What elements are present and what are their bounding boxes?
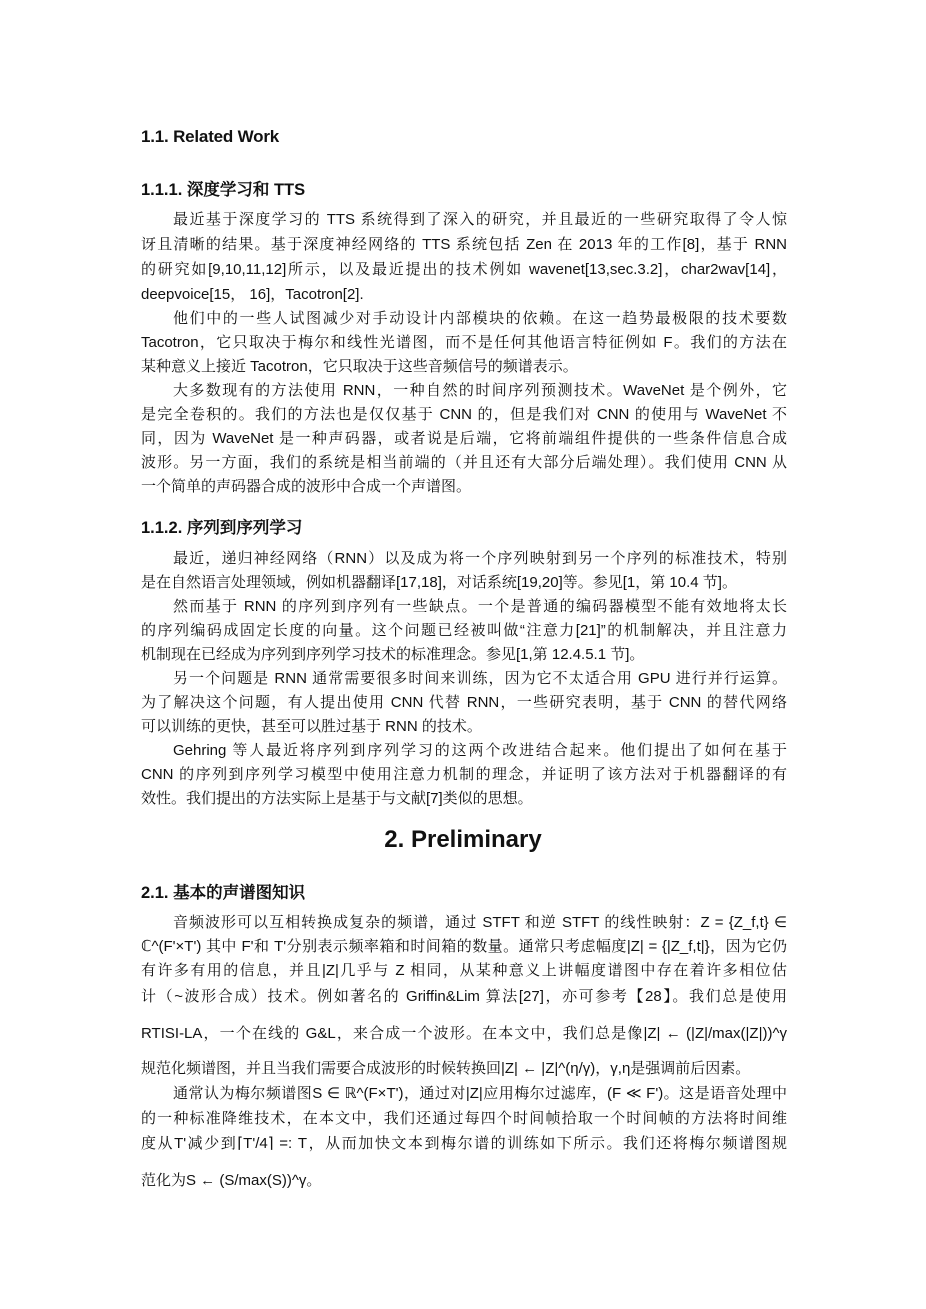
paragraph-line: 计（~波形合成）技术。例如著名的 Griffin&Lim 算法[27]，亦可参考…: [141, 987, 787, 1007]
paragraph-line: 的研究如[9,10,11,12]所示，以及最近提出的技术例如 wavenet[1…: [141, 260, 787, 280]
paragraph-line: 是完全卷积的。我们的方法也是仅仅基于 CNN 的，但是我们对 CNN 的使用与 …: [141, 405, 787, 425]
paragraph-line: CNN 的序列到序列学习模型中使用注意力机制的理念，并证明了该方法对于机器翻译的…: [141, 765, 787, 785]
paragraph-line: 可以训练的更快，甚至可以胜过基于 RNN 的技术。: [141, 717, 787, 737]
paragraph-line: 范化为S ← (S/max(S))^γ。: [141, 1171, 787, 1191]
paragraph-line: 机制现在已经成为序列到序列学习技术的标准理念。参见[1,第 12.4.5.1 节…: [141, 645, 787, 665]
paragraph-line: 他们中的一些人试图减少对手动设计内部模块的依赖。在这一趋势最极限的技术要数: [173, 309, 787, 329]
subsection-heading-deep-learning-tts: 1.1.1. 深度学习和 TTS: [141, 176, 305, 200]
paragraph-line: 的一种标准降维技术，在本文中，我们还通过每四个时间帧拾取一个时间帧的方法将时间维: [141, 1109, 787, 1129]
paragraph-line: 同，因为 WaveNet 是一种声码器，或者说是后端，它将前端组件提供的一些条件…: [141, 429, 787, 449]
subsection-heading-seq2seq: 1.1.2. 序列到序列学习: [141, 514, 302, 538]
paragraph-line: Gehring 等人最近将序列到序列学习的这两个改进结合起来。他们提出了如何在基…: [173, 741, 787, 761]
paragraph-line: 大多数现有的方法使用 RNN，一种自然的时间序列预测技术。WaveNet 是个例…: [173, 381, 787, 401]
paragraph-line: Tacotron，它只取决于梅尔和线性光谱图，而不是任何其他语言特征例如 F。我…: [141, 333, 787, 353]
paragraph-line: 是在自然语言处理领域，例如机器翻译[17,18]，对话系统[19,20]等。参见…: [141, 573, 787, 593]
section-heading-related-work: 1.1. Related Work: [141, 127, 279, 147]
paragraph-line: 为了解决这个问题，有人提出使用 CNN 代替 RNN，一些研究表明，基于 CNN…: [141, 693, 787, 713]
paragraph-line: 有许多有用的信息，并且|Z|几乎与 Z 相同，从某种意义上讲幅度谱图中存在着许多…: [141, 961, 787, 981]
paragraph-line: 音频波形可以互相转换成复杂的频谱，通过 STFT 和逆 STFT 的线性映射：Z…: [173, 913, 787, 933]
paragraph-line: 最近，递归神经网络（RNN）以及成为将一个序列映射到另一个序列的标准技术，特别: [173, 549, 787, 569]
paragraph-line: deepvoice[15， 16]，Tacotron[2].: [141, 285, 787, 305]
paragraph-line: 效性。我们提出的方法实际上是基于与文献[7]类似的思想。: [141, 789, 787, 809]
paragraph-line: 然而基于 RNN 的序列到序列有一些缺点。一个是普通的编码器模型不能有效地将太长: [173, 597, 787, 617]
paragraph-line: 另一个问题是 RNN 通常需要很多时间来训练，因为它不太适合用 GPU 进行并行…: [173, 669, 787, 689]
paragraph-line: 一个简单的声码器合成的波形中合成一个声谱图。: [141, 477, 787, 497]
paragraph-line: ℂ^(F'×T') 其中 F'和 T'分别表示频率箱和时间箱的数量。通常只考虑幅…: [141, 937, 787, 957]
paragraph-line: 讶且清晰的结果。基于深度神经网络的 TTS 系统包括 Zen 在 2013 年的…: [141, 235, 787, 255]
paragraph-line: 波形。另一方面，我们的系统是相当前端的（并且还有大部分后端处理）。我们使用 CN…: [141, 453, 787, 473]
paragraph-line: 的序列编码成固定长度的向量。这个问题已经被叫做“注意力[21]”的机制解决，并且…: [141, 621, 787, 641]
paragraph-line: 度从T'减少到⌈T'/4⌉ =: T，从而加快文本到梅尔谱的训练如下所示。我们还…: [141, 1134, 787, 1154]
document-page: 1.1. Related Work 1.1.1. 深度学习和 TTS 最近基于深…: [0, 0, 926, 1309]
paragraph-line: 最近基于深度学习的 TTS 系统得到了深入的研究，并且最近的一些研究取得了令人惊: [173, 210, 787, 230]
subsection-heading-spectrogram-basics: 2.1. 基本的声谱图知识: [141, 879, 305, 903]
paragraph-line: 通常认为梅尔频谱图S ∈ ℝ^(F×T')，通过对|Z|应用梅尔过滤库，(F ≪…: [173, 1084, 787, 1104]
paragraph-line: 某种意义上接近 Tacotron，它只取决于这些音频信号的频谱表示。: [141, 357, 787, 377]
section-heading-preliminary: 2. Preliminary: [0, 826, 926, 854]
paragraph-line: 规范化频谱图，并且当我们需要合成波形的时候转换回|Z| ← |Z|^(η/γ)，…: [141, 1059, 787, 1079]
paragraph-line: RTISI-LA，一个在线的 G&L，来合成一个波形。在本文中，我们总是像|Z|…: [141, 1024, 787, 1044]
